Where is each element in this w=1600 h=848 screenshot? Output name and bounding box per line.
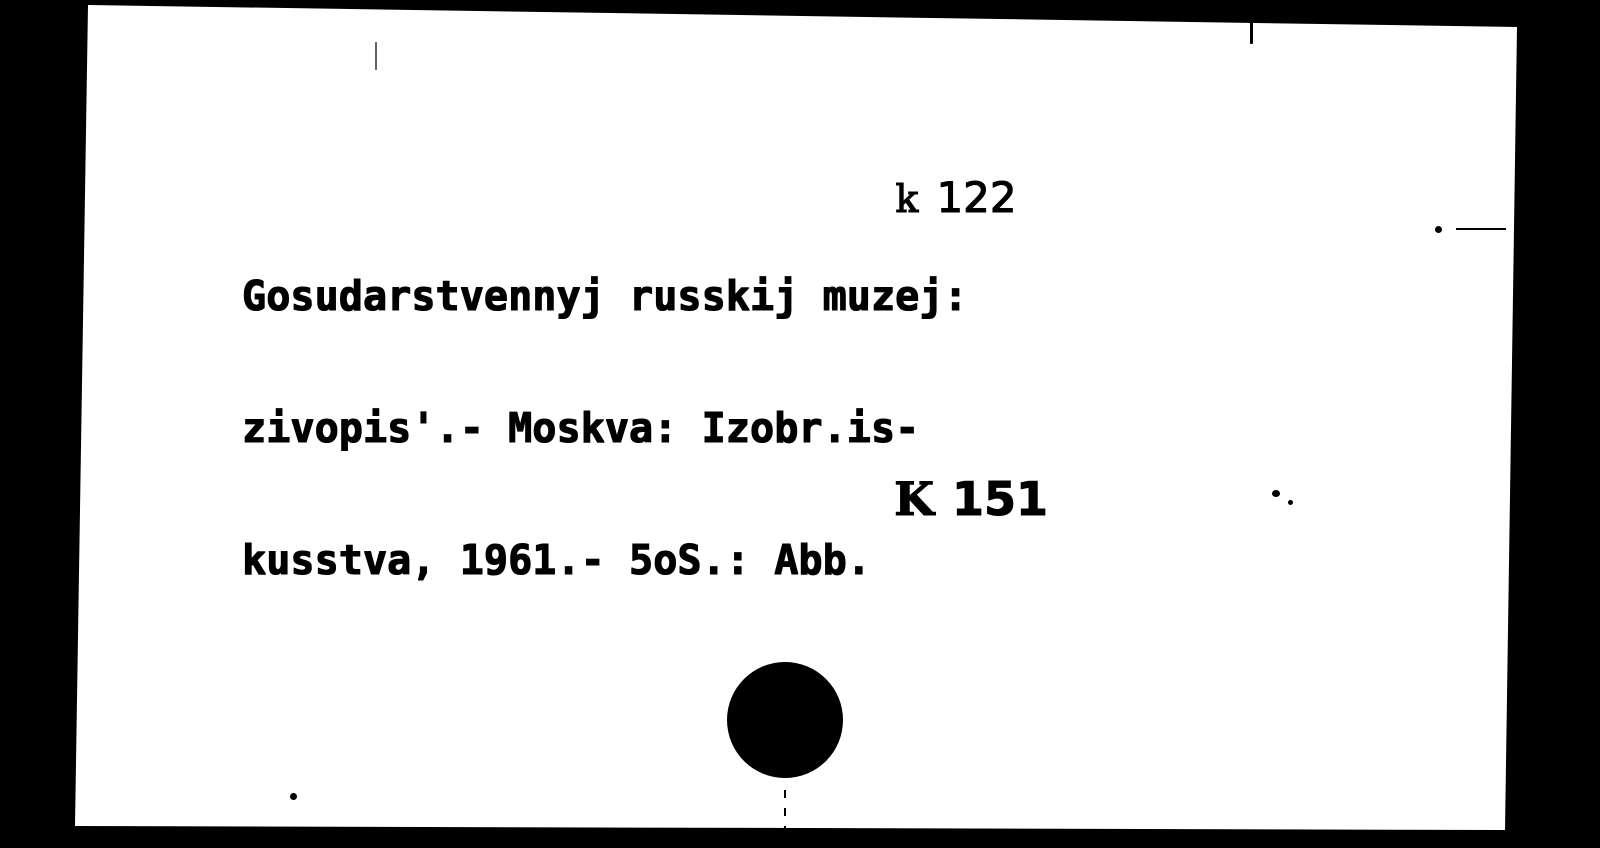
ink-speck	[290, 793, 297, 800]
ink-speck	[1288, 500, 1293, 505]
scan-background: k122 Gosudarstvennyj russkij muzej: zivo…	[0, 0, 1600, 848]
call-number-bottom-prefix: K	[894, 472, 934, 526]
call-number-bottom: K151	[830, 418, 1048, 580]
ink-mark	[1456, 228, 1506, 230]
ink-mark	[375, 42, 377, 70]
ink-speck	[1272, 490, 1280, 497]
ink-mark	[1250, 22, 1253, 44]
call-number-bottom-number: 151	[952, 472, 1048, 526]
entry-line-1: Gosudarstvennyj russkij muzej:	[242, 274, 968, 318]
ink-speck	[260, 832, 264, 836]
ink-speck	[1435, 226, 1442, 233]
punch-hole	[727, 662, 843, 778]
